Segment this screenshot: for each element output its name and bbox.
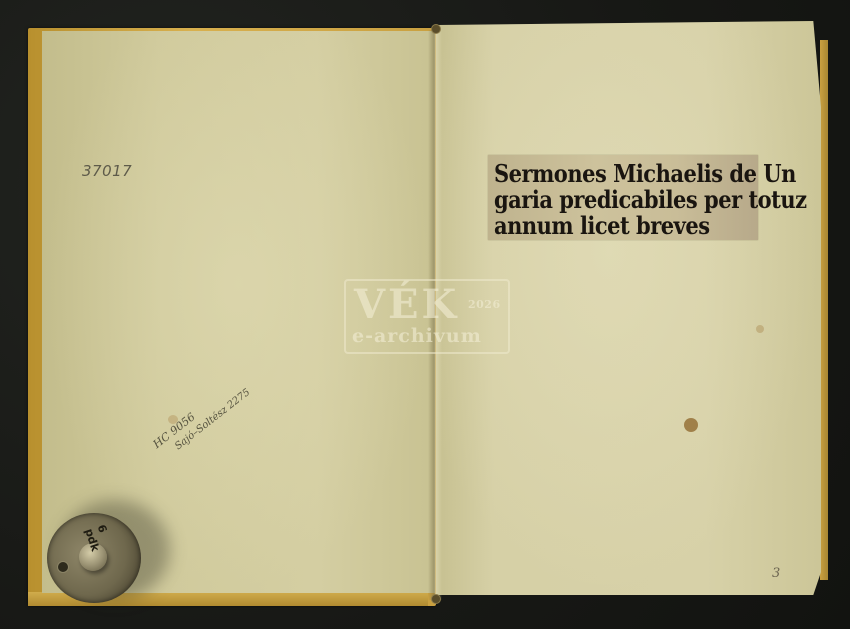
binding-thread-top	[431, 24, 441, 34]
weight-stamp-icon	[57, 561, 69, 573]
right-cover-edge	[820, 40, 828, 580]
shelf-mark: 37017	[82, 162, 132, 180]
open-book: 37017 HC 9056 Sajó–Soltész 2275 Sermones…	[0, 0, 850, 629]
watermark-subtitle: e-archivum	[352, 325, 482, 347]
title-line-3: annum licet breves	[494, 211, 710, 240]
title-line-1: Sermones Michaelis de Un	[494, 159, 796, 188]
foxing-stain	[756, 325, 764, 333]
title-line-2: garia predicabiles per totuz	[494, 185, 807, 214]
book-weight: 6 pdk	[47, 513, 141, 603]
watermark-year: 2026	[468, 298, 501, 311]
title-slip: Sermones Michaelis de Un garia predicabi…	[488, 155, 758, 240]
page-number: 3	[772, 566, 780, 581]
foxing-stain	[684, 418, 698, 432]
watermark-logo: VÉK	[354, 283, 459, 327]
binding-thread-bottom	[431, 594, 441, 604]
archive-watermark: VÉK 2026 e-archivum	[344, 279, 510, 354]
